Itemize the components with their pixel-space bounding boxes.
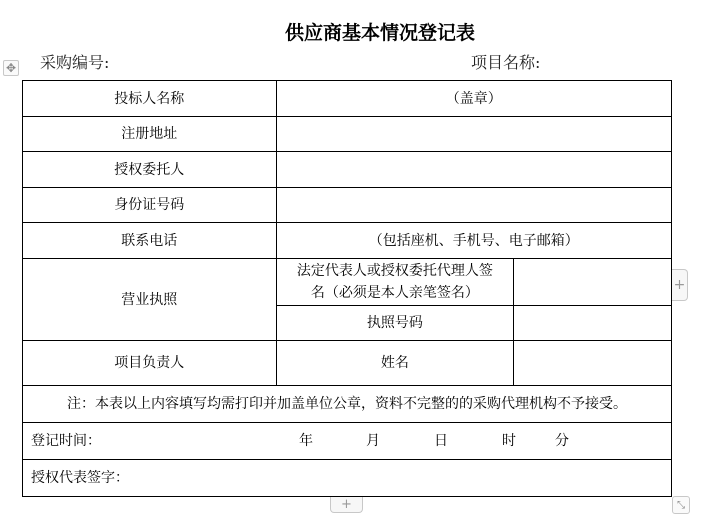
minute-label: 分 — [555, 430, 569, 452]
project-lead-name-field[interactable] — [514, 341, 672, 386]
table-row: 身份证号码 — [23, 188, 672, 223]
authorized-signature-cell[interactable]: 授权代表签字： — [23, 460, 672, 497]
document-title: 供应商基本情况登记表 — [0, 18, 712, 45]
table-row: 营业执照 法定代表人或授权委托代理人签 名（必须是本人亲笔签名） — [23, 259, 672, 306]
table-resize-icon[interactable]: ⤡ — [672, 496, 690, 514]
registration-time-cell[interactable]: 登记时间： 年 月 日 时 分 — [23, 423, 672, 460]
bidder-name-field[interactable]: （盖章） — [276, 81, 671, 117]
note-text: 注：本表以上内容填写均需打印并加盖单位公章，资料不完整的的采购代理机构不予接受。 — [23, 386, 672, 423]
table-row: 项目负责人 姓名 — [23, 341, 672, 386]
project-lead-label: 项目负责人 — [23, 341, 277, 386]
license-number-label: 执照号码 — [276, 306, 514, 341]
license-number-field[interactable] — [514, 306, 672, 341]
business-license-label: 营业执照 — [23, 259, 277, 341]
add-column-icon[interactable]: + — [672, 269, 688, 301]
add-row-icon[interactable]: + — [330, 497, 363, 513]
table-row: 登记时间： 年 月 日 时 分 — [23, 423, 672, 460]
procurement-number-label: 采购编号: — [40, 50, 109, 73]
signature-field[interactable] — [514, 259, 672, 306]
signature-label-line1: 法定代表人或授权委托代理人签 — [277, 260, 514, 282]
registration-time-label: 登记时间： — [31, 430, 281, 452]
table-move-handle-icon[interactable]: ✥ — [3, 60, 19, 76]
bidder-name-label: 投标人名称 — [23, 81, 277, 117]
table-row: 注：本表以上内容填写均需打印并加盖单位公章，资料不完整的的采购代理机构不予接受。 — [23, 386, 672, 423]
table-row: 授权委托人 — [23, 152, 672, 188]
authorized-agent-field[interactable] — [276, 152, 671, 188]
reg-address-label: 注册地址 — [23, 117, 277, 152]
id-number-field[interactable] — [276, 188, 671, 223]
table-row: 投标人名称 （盖章） — [23, 81, 672, 117]
signature-label: 法定代表人或授权委托代理人签 名（必须是本人亲笔签名） — [276, 259, 514, 306]
table-row: 注册地址 — [23, 117, 672, 152]
day-label: 日 — [434, 430, 448, 452]
table-row: 联系电话 （包括座机、手机号、电子邮箱） — [23, 223, 672, 259]
year-label: 年 — [299, 430, 313, 452]
authorized-agent-label: 授权委托人 — [23, 152, 277, 188]
project-lead-name-label: 姓名 — [276, 341, 514, 386]
supplier-registration-table: 投标人名称 （盖章） 注册地址 授权委托人 身份证号码 联系电话 （包括座机、手… — [22, 80, 672, 497]
hour-label: 时 — [502, 430, 516, 452]
reg-address-field[interactable] — [276, 117, 671, 152]
id-number-label: 身份证号码 — [23, 188, 277, 223]
contact-phone-label: 联系电话 — [23, 223, 277, 259]
signature-label-line2: 名（必须是本人亲笔签名） — [277, 282, 514, 304]
month-label: 月 — [366, 430, 380, 452]
authorized-signature-label: 授权代表签字： — [31, 470, 129, 486]
project-name-label: 项目名称: — [471, 50, 540, 73]
table-row: 授权代表签字： — [23, 460, 672, 497]
contact-phone-field[interactable]: （包括座机、手机号、电子邮箱） — [276, 223, 671, 259]
